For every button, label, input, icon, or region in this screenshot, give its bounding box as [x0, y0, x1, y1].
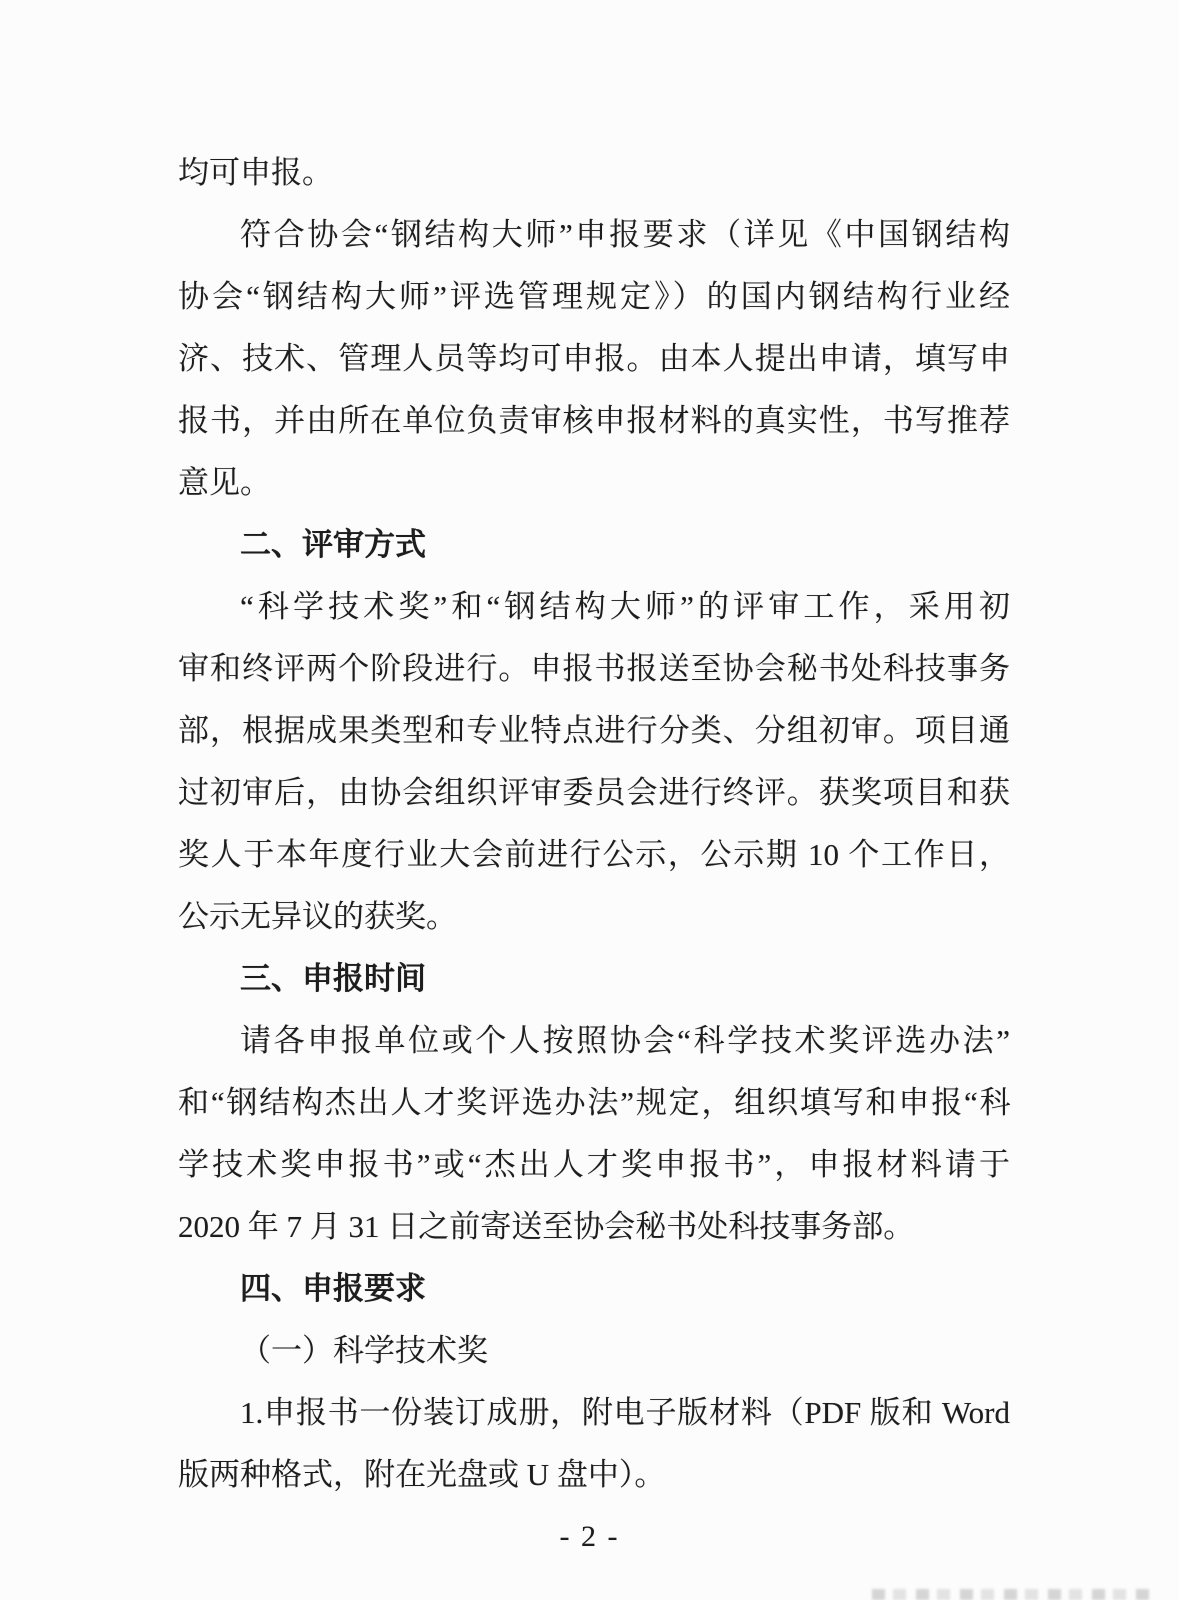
section-heading-3: 三、申报时间 [178, 948, 1010, 1010]
body-line: 意见。 [178, 452, 1010, 514]
cut-off-watermark [872, 1589, 1150, 1600]
body-line: 学技术奖申报书”或“杰出人才奖申报书”，申报材料请于 [178, 1134, 1010, 1196]
body-line: 部，根据成果类型和专业特点进行分类、分组初审。项目通 [178, 700, 1010, 762]
body-line: 符合协会“钢结构大师”申报要求（详见《中国钢结构 [178, 204, 1010, 266]
section-heading-4: 四、申报要求 [178, 1258, 1010, 1320]
subsection-heading: （一）科学技术奖 [178, 1320, 1010, 1382]
body-line: 2020 年 7 月 31 日之前寄送至协会秘书处科技事务部。 [178, 1196, 1010, 1258]
body-line: 请各申报单位或个人按照协会“科学技术奖评选办法” [178, 1010, 1010, 1072]
section-heading-2: 二、评审方式 [178, 514, 1010, 576]
body-line: 协会“钢结构大师”评选管理规定》）的国内钢结构行业经 [178, 266, 1010, 328]
body-line: 审和终评两个阶段进行。申报书报送至协会秘书处科技事务 [178, 638, 1010, 700]
body-line: 版两种格式，附在光盘或 U 盘中）。 [178, 1444, 1010, 1506]
document-body: 均可申报。 符合协会“钢结构大师”申报要求（详见《中国钢结构 协会“钢结构大师”… [178, 142, 1010, 1506]
document-page: 均可申报。 符合协会“钢结构大师”申报要求（详见《中国钢结构 协会“钢结构大师”… [0, 0, 1179, 1600]
body-line: 和“钢结构杰出人才奖评选办法”规定，组织填写和申报“科 [178, 1072, 1010, 1134]
page-number: - 2 - [0, 1506, 1179, 1568]
body-line: 均可申报。 [178, 142, 1010, 204]
body-line: 1.申报书一份装订成册，附电子版材料（PDF 版和 Word [178, 1382, 1010, 1444]
body-line: 公示无异议的获奖。 [178, 886, 1010, 948]
body-line: 过初审后，由协会组织评审委员会进行终评。获奖项目和获 [178, 762, 1010, 824]
body-line: 奖人于本年度行业大会前进行公示，公示期 10 个工作日， [178, 824, 1010, 886]
body-line: 济、技术、管理人员等均可申报。由本人提出申请，填写申 [178, 328, 1010, 390]
body-line: “科学技术奖”和“钢结构大师”的评审工作，采用初 [178, 576, 1010, 638]
body-line: 报书，并由所在单位负责审核申报材料的真实性，书写推荐 [178, 390, 1010, 452]
